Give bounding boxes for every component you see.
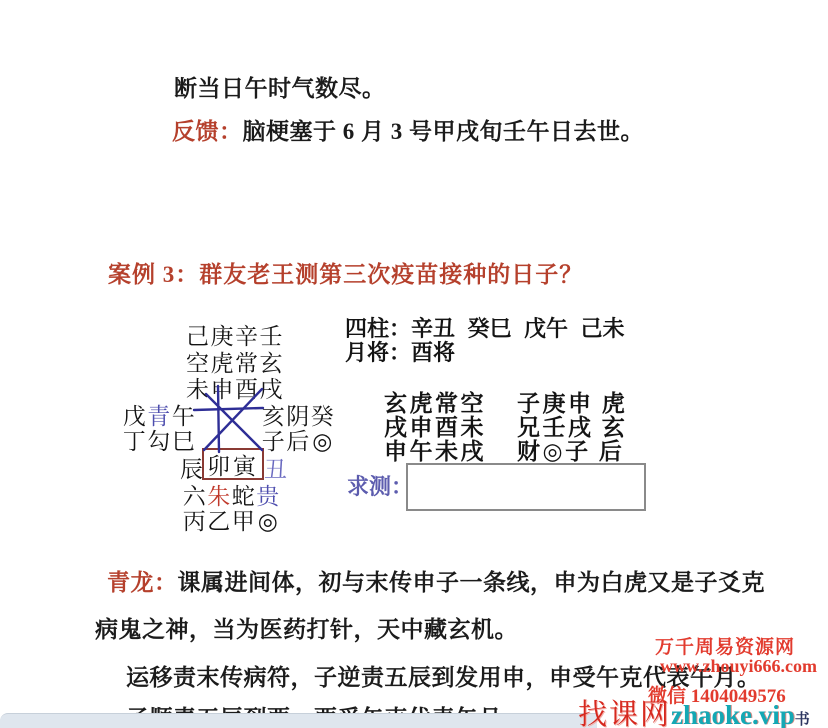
watermark-site-url: www.zhouyi666.com: [660, 656, 817, 677]
plate-char: 勾: [147, 423, 172, 456]
paragraph-feedback: 反馈：脑梗塞于 6 月 3 号甲戌旬壬午日去世。: [172, 113, 644, 146]
watermark-brand: 找课网: [578, 699, 671, 728]
plate-char: 丁: [122, 423, 147, 456]
watermark-site-name: 万千周易资源网: [655, 632, 795, 659]
bottom-ui-band: [0, 713, 597, 728]
qinglong-paragraph-line2: 病鬼之神，当为医药打针，天中藏玄机。: [95, 611, 518, 644]
annotation-lines-icon: [185, 380, 275, 460]
plate-row8: 丙乙甲◎: [182, 503, 280, 536]
month-general-value: 酉将: [411, 340, 455, 365]
feedback-label: 反馈：: [172, 119, 243, 144]
paragraph-conclusion: 断当日午时气数尽。: [174, 70, 386, 103]
watermark-brand-row: 找课网zhaoke.vip书: [578, 692, 810, 728]
document-page: 断当日午时气数尽。 反馈：脑梗塞于 6 月 3 号甲戌旬壬午日去世。 案例 3：…: [0, 0, 828, 728]
watermark-extra-char: 书: [795, 712, 810, 728]
circled-mark: ◎: [256, 509, 281, 535]
plate-char: 乙: [207, 503, 232, 536]
table-left-row3: 申午未戌: [384, 433, 486, 466]
watermark-brand-url: zhaoke.vip: [671, 700, 795, 728]
qinglong-paragraph-line1: 青龙：课属进间体，初与末传申子一条线，申为白虎又是子爻克: [107, 564, 765, 597]
month-general-line: 月将：酉将: [345, 336, 455, 367]
qinglong-text1: 课属进间体，初与末传申子一条线，申为白虎又是子爻克: [178, 570, 766, 595]
feedback-text: 脑梗塞于 6 月 3 号甲戌旬壬午日去世。: [243, 119, 645, 144]
qinglong-label: 青龙：: [107, 570, 178, 595]
circled-mark: ◎: [310, 429, 335, 455]
plate-char: 甲: [231, 503, 256, 536]
month-general-label: 月将：: [345, 340, 411, 365]
conclusion-text: 断当日午时气数尽。: [174, 76, 386, 101]
table-right-row3: 财◎子 后: [517, 433, 624, 466]
qiuce-label: 求测：: [347, 470, 413, 501]
qiuce-input[interactable]: [406, 463, 646, 511]
clipped-bottom-line: 子顺责五辰到酉，酉受午克代表午月: [126, 700, 606, 713]
plate-char: 后: [286, 423, 311, 456]
plate-char: 丙: [182, 503, 207, 536]
case-title: 案例 3：群友老王测第三次疫苗接种的日子？: [108, 256, 583, 289]
